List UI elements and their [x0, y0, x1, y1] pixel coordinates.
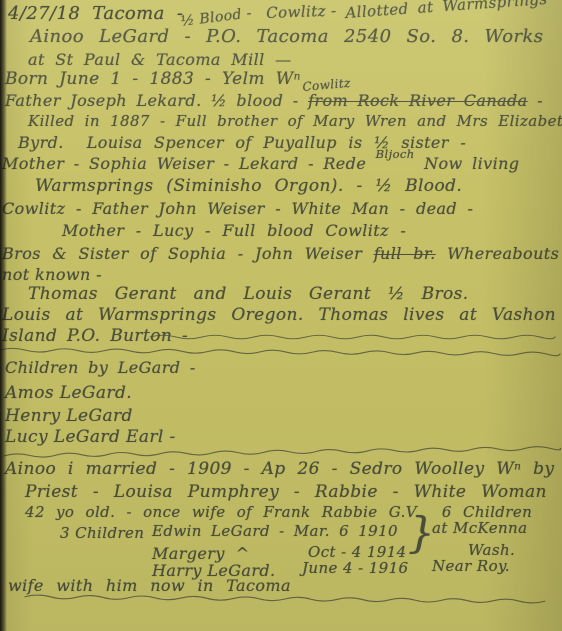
- handwritten-text: not known -: [2, 265, 102, 284]
- handwritten-text: Near Roy.: [432, 557, 510, 575]
- handwritten-line: Cowlitz - Father John Weiser - White Man…: [2, 201, 473, 218]
- handwritten-text: 4/27/18 Tacoma -: [8, 3, 183, 24]
- wavy-divider: [150, 332, 555, 342]
- handwritten-text: Children by LeGard -: [5, 358, 196, 377]
- handwritten-text: at St Paul & Tacoma Mill —: [28, 50, 292, 69]
- handwritten-text: Warmsprings (Siminisho Orgon). - ½ Blood…: [35, 176, 462, 196]
- handwritten-text: Amos LeGard.: [5, 383, 132, 403]
- handwritten-line: Allotted at Warmsprings: [345, 0, 548, 22]
- handwritten-text: Edwin LeGard - Mar. 6 1910: [152, 522, 398, 540]
- handwritten-text: Killed in 1887 - Full brother of Mary Wr…: [28, 112, 562, 130]
- handwritten-text: by: [521, 459, 554, 479]
- handwritten-text: Mother - Lucy - Full blood Cowlitz -: [62, 221, 406, 240]
- scanned-document-page: 4/27/18 Tacoma -½ Blood -Cowlitz -Allott…: [0, 0, 562, 631]
- handwritten-line: Lucy LeGard Earl -: [5, 429, 176, 447]
- handwritten-text: n: [294, 70, 301, 82]
- handwritten-text: Henry LeGard: [5, 406, 133, 426]
- handwritten-line: at McKenna: [432, 521, 527, 537]
- handwritten-line: Children by LeGard -: [5, 360, 196, 377]
- handwritten-line: Father Joseph Lekard. ½ blood - from Roc…: [5, 93, 543, 110]
- handwritten-line: Priest - Louisa Pumphrey - Rabbie - Whit…: [25, 484, 547, 502]
- handwritten-line: at St Paul & Tacoma Mill —: [28, 52, 292, 69]
- handwritten-text: Now living: [415, 154, 520, 173]
- handwritten-text: from Rock River Canada: [308, 91, 528, 110]
- handwritten-line: Edwin LeGard - Mar. 6 1910: [152, 524, 398, 540]
- handwritten-text: Mother - Sophia Weiser - Lekard - Rede: [2, 154, 376, 173]
- handwritten-text: Thomas Gerant and Louis Gerant ½ Bros.: [28, 284, 469, 304]
- handwritten-text: Ainoo LeGard - P.O. Tacoma 2540 So. 8. W…: [30, 26, 543, 47]
- handwritten-line: Mother - Sophia Weiser - Lekard - Rede B…: [2, 156, 519, 173]
- handwritten-text: Cowlitz -: [266, 2, 337, 22]
- handwritten-text: -: [528, 91, 543, 110]
- handwritten-line: Bros & Sister of Sophia - John Weiser fu…: [2, 246, 559, 263]
- handwritten-text: Cowlitz - Father John Weiser - White Man…: [2, 199, 473, 218]
- handwritten-line: Killed in 1887 - Full brother of Mary Wr…: [28, 114, 562, 130]
- handwritten-text: Louis at Warmsprings Oregon. Thomas live…: [2, 305, 556, 325]
- handwritten-line: Ainoo i married - 1909 - Ap 26 - Sedro W…: [5, 461, 554, 479]
- handwritten-line: Warmsprings (Siminisho Orgon). - ½ Blood…: [35, 178, 462, 196]
- handwritten-line: Thomas Gerant and Louis Gerant ½ Bros.: [28, 286, 469, 304]
- handwritten-line: Mother - Lucy - Full blood Cowlitz -: [62, 223, 406, 240]
- handwritten-text: Father Joseph Lekard. ½ blood -: [5, 91, 308, 110]
- handwritten-line: Ainoo LeGard - P.O. Tacoma 2540 So. 8. W…: [30, 28, 543, 47]
- handwriting-layer: 4/27/18 Tacoma -½ Blood -Cowlitz -Allott…: [0, 0, 562, 631]
- handwritten-text: at McKenna: [432, 519, 527, 537]
- scan-edge-shadow: [0, 0, 7, 631]
- handwritten-text: Whereabouts: [436, 244, 560, 263]
- handwritten-line: Cowlitz -: [266, 4, 337, 22]
- handwritten-text: full br.: [374, 244, 436, 263]
- handwritten-line: Louis at Warmsprings Oregon. Thomas live…: [2, 307, 556, 325]
- handwritten-text: Priest - Louisa Pumphrey - Rabbie - Whit…: [25, 482, 547, 502]
- handwritten-text: Bljoch: [376, 148, 415, 160]
- handwritten-line: Born June 1 - 1883 - Yelm Wn: [5, 71, 301, 89]
- handwritten-text: Lucy LeGard Earl -: [5, 427, 176, 447]
- handwritten-line: June 4 - 1916: [302, 561, 409, 577]
- handwritten-text: Allotted at Warmsprings: [345, 0, 548, 22]
- handwritten-line: not known -: [2, 267, 102, 284]
- handwritten-text: 3 Children: [60, 524, 144, 542]
- handwritten-text: Born June 1 - 1883 - Yelm W: [5, 69, 294, 89]
- handwritten-line: Henry LeGard: [5, 408, 133, 426]
- handwritten-line: 3 Children: [60, 526, 144, 542]
- handwritten-line: 4/27/18 Tacoma -: [8, 5, 183, 24]
- handwritten-text: June 4 - 1916: [302, 559, 409, 577]
- handwritten-line: Amos LeGard.: [5, 385, 132, 403]
- handwritten-text: Ainoo i married - 1909 - Ap 26 - Sedro W…: [5, 459, 514, 479]
- handwritten-text: Bros & Sister of Sophia - John Weiser: [2, 244, 374, 263]
- handwritten-line: Near Roy.: [432, 559, 510, 575]
